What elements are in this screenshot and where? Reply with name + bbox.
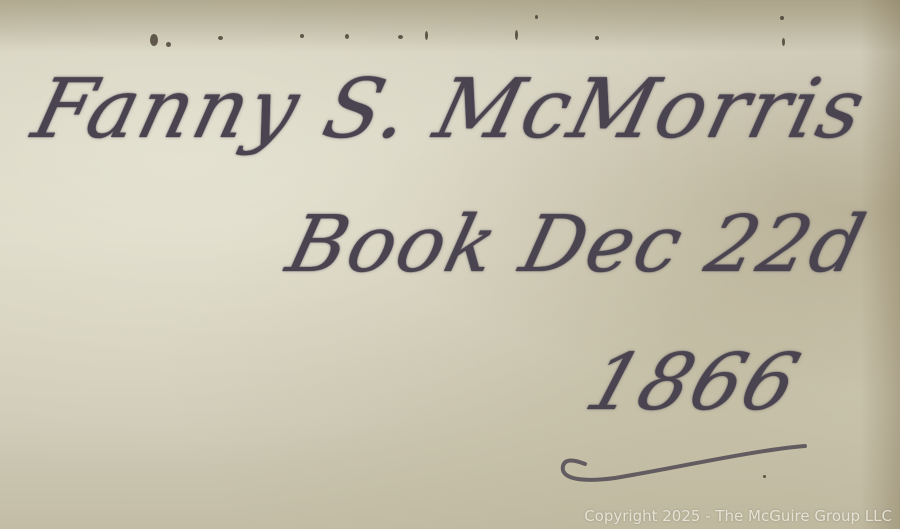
inscription-line-name: Fanny S. McMorris [24,62,875,157]
ink-speck [595,36,599,40]
inscription-line-book-date: Book Dec 22d [279,200,875,290]
ink-speck [218,36,223,40]
ink-speck [535,15,538,19]
inscription-line-year: 1866 [575,338,811,428]
ink-speck [425,31,428,40]
ink-speck [166,42,171,47]
copyright-watermark: Copyright 2025 - The McGuire Group LLC [584,507,892,525]
ink-speck [398,35,403,39]
paper-stained-top-band [0,0,900,52]
underline-flourish [555,438,815,488]
aged-paper: Fanny S. McMorris Book Dec 22d 1866 Copy… [0,0,900,529]
ink-speck [150,34,158,46]
ink-speck [345,34,349,39]
ink-speck [780,16,784,20]
ink-speck [782,38,785,46]
ink-speck [515,30,518,40]
ink-speck [300,34,304,38]
